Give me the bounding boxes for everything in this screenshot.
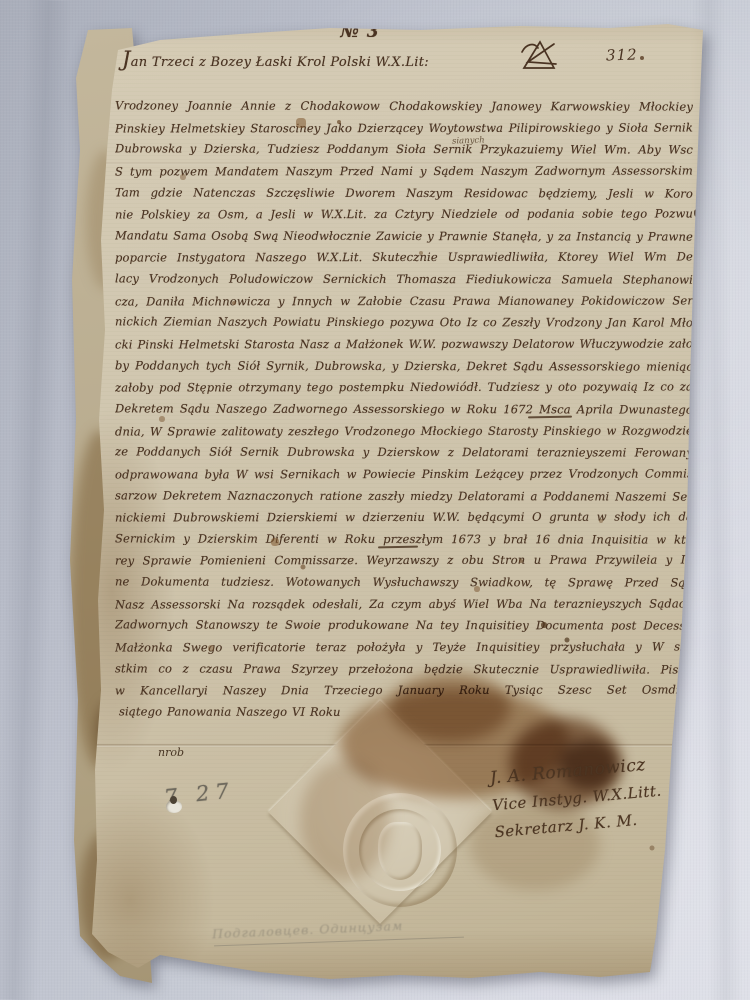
manuscript-line: dnia, W Sprawie zalitowaty zeszłego Vrod… [115,420,693,443]
manuscript-line: Tam gdzie Natenczas Szczęsliwie Dworem N… [115,182,693,205]
photo-of-manuscript: { "colors": { "fabric": "#c2c6d1", "pape… [0,0,750,1000]
interline-insertion: sianych [452,135,485,146]
document-number: № 3 [300,22,420,42]
manuscript-line: Małżonka Swego verificatorie teraz położ… [115,637,693,660]
manuscript-line: ne Dokumenta tudziesz. Wotowanych Wysłuc… [115,571,693,594]
manuscript-line: by Poddanych tych Siół Syrnik, Dubrowska… [115,355,693,378]
manuscript-line: Dubrowska y Dzierska, Tudziesz Poddanym … [115,139,693,162]
manuscript-line: poparcie Instygatora Naszego W.X.Lit. Sk… [115,247,693,270]
manuscript-line: nie Polskiey za Osm, a Jesli w W.X.Lit. … [115,204,693,227]
manuscript-line: Dekretem Sądu Naszego Zadwornego Assesso… [115,398,693,421]
manuscript-line: nickiemi Dubrowskiemi Dzierskiemi w dzie… [115,507,693,530]
manuscript-page: № 3 312 Jan Trzeci z Bozey Łaski Krol Po… [0,0,750,1000]
manuscript-line: nickich Ziemian Naszych Powiatu Pinskieg… [115,312,693,335]
seal-rust-stain [390,672,510,742]
manuscript-line: stkim co z czasu Prawa Szyrzey przełożon… [115,658,693,681]
margin-note: nrob [158,746,184,759]
manuscript-line: Pinskiey Helmetskiey Starosciney Jako Dz… [115,117,693,140]
manuscript-line: ze Poddanych Siół Sernik Dubrowska y Dzi… [115,442,693,465]
signature-block: J. A. Romanowicz Vice Instyg. W.X.Litt. … [489,751,665,847]
manuscript-line: lacy Vrodzonych Poludowiczow Sernickich … [115,269,693,292]
foxing-specks [0,0,2,2]
folio-number: 312 [606,45,638,64]
manuscript-line: Mandatu Sama Osobą Swą Nieodwłocznie Zaw… [115,225,693,248]
paper-chip-dot [170,796,177,804]
manuscript-line: S tym pozwem Mandatem Naszym Przed Nami … [115,160,693,183]
royal-cipher-paraph-icon [520,38,562,76]
manuscript-line: sarzow Dekretem Naznaczonych ratione zas… [115,485,693,508]
manuscript-body: Vrodzoney Joannie Annie z Chodakowow Cho… [115,96,693,724]
manuscript-line: Zadwornych Stanowszy te Swoie produkowan… [115,615,693,638]
royal-intitulatio-line: Jan Trzeci z Bozey Łaski Krol Polski W.X… [122,47,532,71]
manuscript-line: Vrodzoney Joannie Annie z Chodakowow Cho… [115,95,693,118]
manuscript-line: Nasz Assessorski Na rozsądek odesłali, Z… [115,593,693,616]
manuscript-line: rey Sprawie Pomienieni Commissarze. Weyr… [115,550,693,573]
manuscript-document: № 3 312 Jan Trzeci z Bozey Łaski Krol Po… [0,0,750,1000]
manuscript-line: odprawowana była W wsi Sernikach w Powie… [115,463,693,486]
manuscript-line: cza, Daniła Michnowicza y Innych w Załob… [115,290,693,313]
manuscript-line: załoby pod Stępnie otrzymany tego postem… [115,377,693,400]
manuscript-line: cki Pinski Helmetski Starosta Nasz a Mał… [115,334,693,357]
